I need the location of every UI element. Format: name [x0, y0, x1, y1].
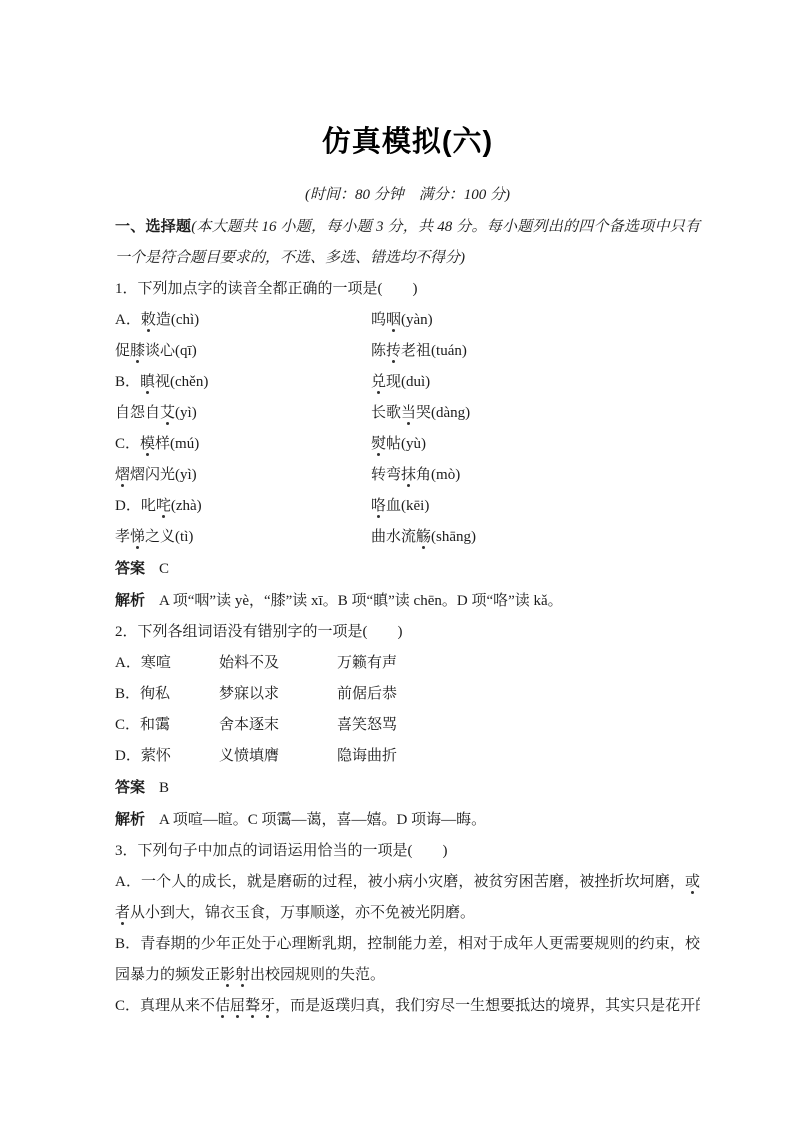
- emphasis-dot-char: 熠: [115, 467, 130, 483]
- analysis-text: A 项喧—暄。C 项霭—蔼，喜—嬉。D 项诲—晦。: [159, 812, 486, 828]
- section-intro: 一、选择题(本大题共 16 小题，每小题 3 分，共 48 分。每小题列出的四个…: [115, 211, 700, 274]
- emphasis-dot-char: 聱: [245, 998, 260, 1014]
- option-cell: C．和霭: [115, 710, 219, 741]
- option-cell: 呜咽(yàn): [371, 305, 700, 336]
- emphasis-dot-char: 瞋: [140, 374, 155, 390]
- option-cell: 喜笑怒骂: [337, 710, 700, 741]
- emphasis-dot-char: 觞: [416, 529, 431, 545]
- emphasis-dot-char: 熨: [371, 436, 386, 452]
- option-row: C．和霭舍本逐末喜笑怒骂: [115, 710, 700, 741]
- option-cell: 孝悌之义(tì): [115, 522, 371, 553]
- emphasis-dot-char: 抹: [401, 467, 416, 483]
- emphasis-dot-char: 佶: [215, 998, 230, 1014]
- option-row: 孝悌之义(tì)曲水流觞(shāng): [115, 522, 700, 553]
- emphasis-dot-char: 牙: [260, 998, 275, 1014]
- emphasis-dot-char: 射: [235, 967, 250, 983]
- option-cell: B．瞋视(chěn): [115, 367, 371, 398]
- answer-value: C: [159, 561, 169, 577]
- answer-row: 答案B: [115, 772, 700, 804]
- emphasis-dot-char: 影: [220, 967, 235, 983]
- option-cell: A．敕造(chì): [115, 305, 371, 336]
- answer-row: 答案C: [115, 553, 700, 585]
- option-cell: 促膝谈心(qī): [115, 336, 371, 367]
- option-row: 促膝谈心(qī)陈抟老祖(tuán): [115, 336, 700, 367]
- option-cell: 转弯抹角(mò): [371, 460, 700, 491]
- option-cell: 自怨自艾(yì): [115, 398, 371, 429]
- option-cell: C．模样(mú): [115, 429, 371, 460]
- answer-label: 答案: [115, 779, 145, 796]
- option-cell: A．寒喧: [115, 648, 219, 679]
- page-title: 仿真模拟(六): [115, 124, 700, 162]
- option-row: D．萦怀义愤填膺隐诲曲折: [115, 741, 700, 772]
- emphasis-dot-char: 兑: [371, 374, 386, 390]
- option-row: D．叱咤(zhà)咯血(kēi): [115, 491, 700, 522]
- option-cell: 熠熠闪光(yì): [115, 460, 371, 491]
- option-cell: 前倨后恭: [337, 679, 700, 710]
- analysis-label: 解析: [115, 592, 145, 609]
- option-cell: 陈抟老祖(tuán): [371, 336, 700, 367]
- answer-label: 答案: [115, 560, 145, 577]
- emphasis-dot-char: 抟: [386, 343, 401, 359]
- question-stem: 3．下列句子中加点的词语运用恰当的一项是( ): [115, 836, 700, 867]
- option-paragraph: B．青春期的少年正处于心理断乳期，控制能力差，相对于成年人更需要规则的约束，校园…: [115, 929, 700, 991]
- analysis-text: A 项“咽”读 yè，“膝”读 xī。B 项“瞋”读 chēn。D 项“咯”读 …: [159, 593, 563, 609]
- option-cell: 熨帖(yù): [371, 429, 700, 460]
- emphasis-dot-char: 或: [685, 874, 700, 890]
- option-cell: 义愤填膺: [219, 741, 337, 772]
- option-cell: 始料不及: [219, 648, 337, 679]
- question-block: 1．下列加点字的读音全都正确的一项是( )A．敕造(chì)呜咽(yàn)促膝谈…: [115, 274, 700, 617]
- option-cell: 舍本逐末: [219, 710, 337, 741]
- emphasis-dot-char: 悌: [130, 529, 145, 545]
- option-paragraph: C．真理从来不佶屈聱牙，而是返璞归真，我们穷尽一生想要抵达的境界，其实只是花开的: [115, 991, 700, 1022]
- emphasis-dot-char: 咽: [386, 312, 401, 328]
- emphasis-dot-char: 者: [115, 905, 130, 921]
- question-stem: 1．下列加点字的读音全都正确的一项是( ): [115, 274, 700, 305]
- option-row: A．寒喧始料不及万籁有声: [115, 648, 700, 679]
- option-cell: 万籁有声: [337, 648, 700, 679]
- option-row: 熠熠闪光(yì)转弯抹角(mò): [115, 460, 700, 491]
- question-block: 2．下列各组词语没有错别字的一项是( )A．寒喧始料不及万籁有声B．徇私梦寐以求…: [115, 617, 700, 836]
- section-heading: 一、选择题: [115, 218, 191, 235]
- analysis-row: 解析A 项喧—暄。C 项霭—蔼，喜—嬉。D 项诲—晦。: [115, 804, 700, 836]
- option-cell: D．叱咤(zhà): [115, 491, 371, 522]
- emphasis-dot-char: 膝: [130, 343, 145, 359]
- analysis-label: 解析: [115, 811, 145, 828]
- option-cell: D．萦怀: [115, 741, 219, 772]
- exam-meta: (时间：80 分钟 满分：100 分): [115, 180, 700, 211]
- exam-paper-page: 仿真模拟(六) (时间：80 分钟 满分：100 分) 一、选择题(本大题共 1…: [0, 0, 800, 1022]
- emphasis-dot-char: 艾: [160, 405, 175, 421]
- option-cell: 隐诲曲折: [337, 741, 700, 772]
- section-instructions: (本大题共 16 小题，每小题 3 分，共 48 分。每小题列出的四个备选项中只…: [115, 219, 700, 266]
- emphasis-dot-char: 屈: [230, 998, 245, 1014]
- emphasis-dot-char: 当: [401, 405, 416, 421]
- questions-container: 1．下列加点字的读音全都正确的一项是( )A．敕造(chì)呜咽(yàn)促膝谈…: [115, 274, 700, 1022]
- option-cell: 兑现(duì): [371, 367, 700, 398]
- option-cell: 长歌当哭(dàng): [371, 398, 700, 429]
- emphasis-dot-char: 敕: [141, 312, 156, 328]
- question-stem: 2．下列各组词语没有错别字的一项是( ): [115, 617, 700, 648]
- emphasis-dot-char: 模: [140, 436, 155, 452]
- option-row: 自怨自艾(yì)长歌当哭(dàng): [115, 398, 700, 429]
- question-block: 3．下列句子中加点的词语运用恰当的一项是( )A．一个人的成长，就是磨砺的过程，…: [115, 836, 700, 1022]
- option-cell: B．徇私: [115, 679, 219, 710]
- option-cell: 梦寐以求: [219, 679, 337, 710]
- analysis-row: 解析A 项“咽”读 yè，“膝”读 xī。B 项“瞋”读 chēn。D 项“咯”…: [115, 585, 700, 617]
- option-cell: 曲水流觞(shāng): [371, 522, 700, 553]
- option-row: B．徇私梦寐以求前倨后恭: [115, 679, 700, 710]
- option-row: C．模样(mú)熨帖(yù): [115, 429, 700, 460]
- option-row: A．敕造(chì)呜咽(yàn): [115, 305, 700, 336]
- option-row: B．瞋视(chěn)兑现(duì): [115, 367, 700, 398]
- option-cell: 咯血(kēi): [371, 491, 700, 522]
- option-paragraph: A．一个人的成长，就是磨砺的过程，被小病小灾磨，被贫穷困苦磨，被挫折坎坷磨，或者…: [115, 867, 700, 929]
- emphasis-dot-char: 咯: [371, 498, 386, 514]
- emphasis-dot-char: 咤: [156, 498, 171, 514]
- answer-value: B: [159, 780, 169, 796]
